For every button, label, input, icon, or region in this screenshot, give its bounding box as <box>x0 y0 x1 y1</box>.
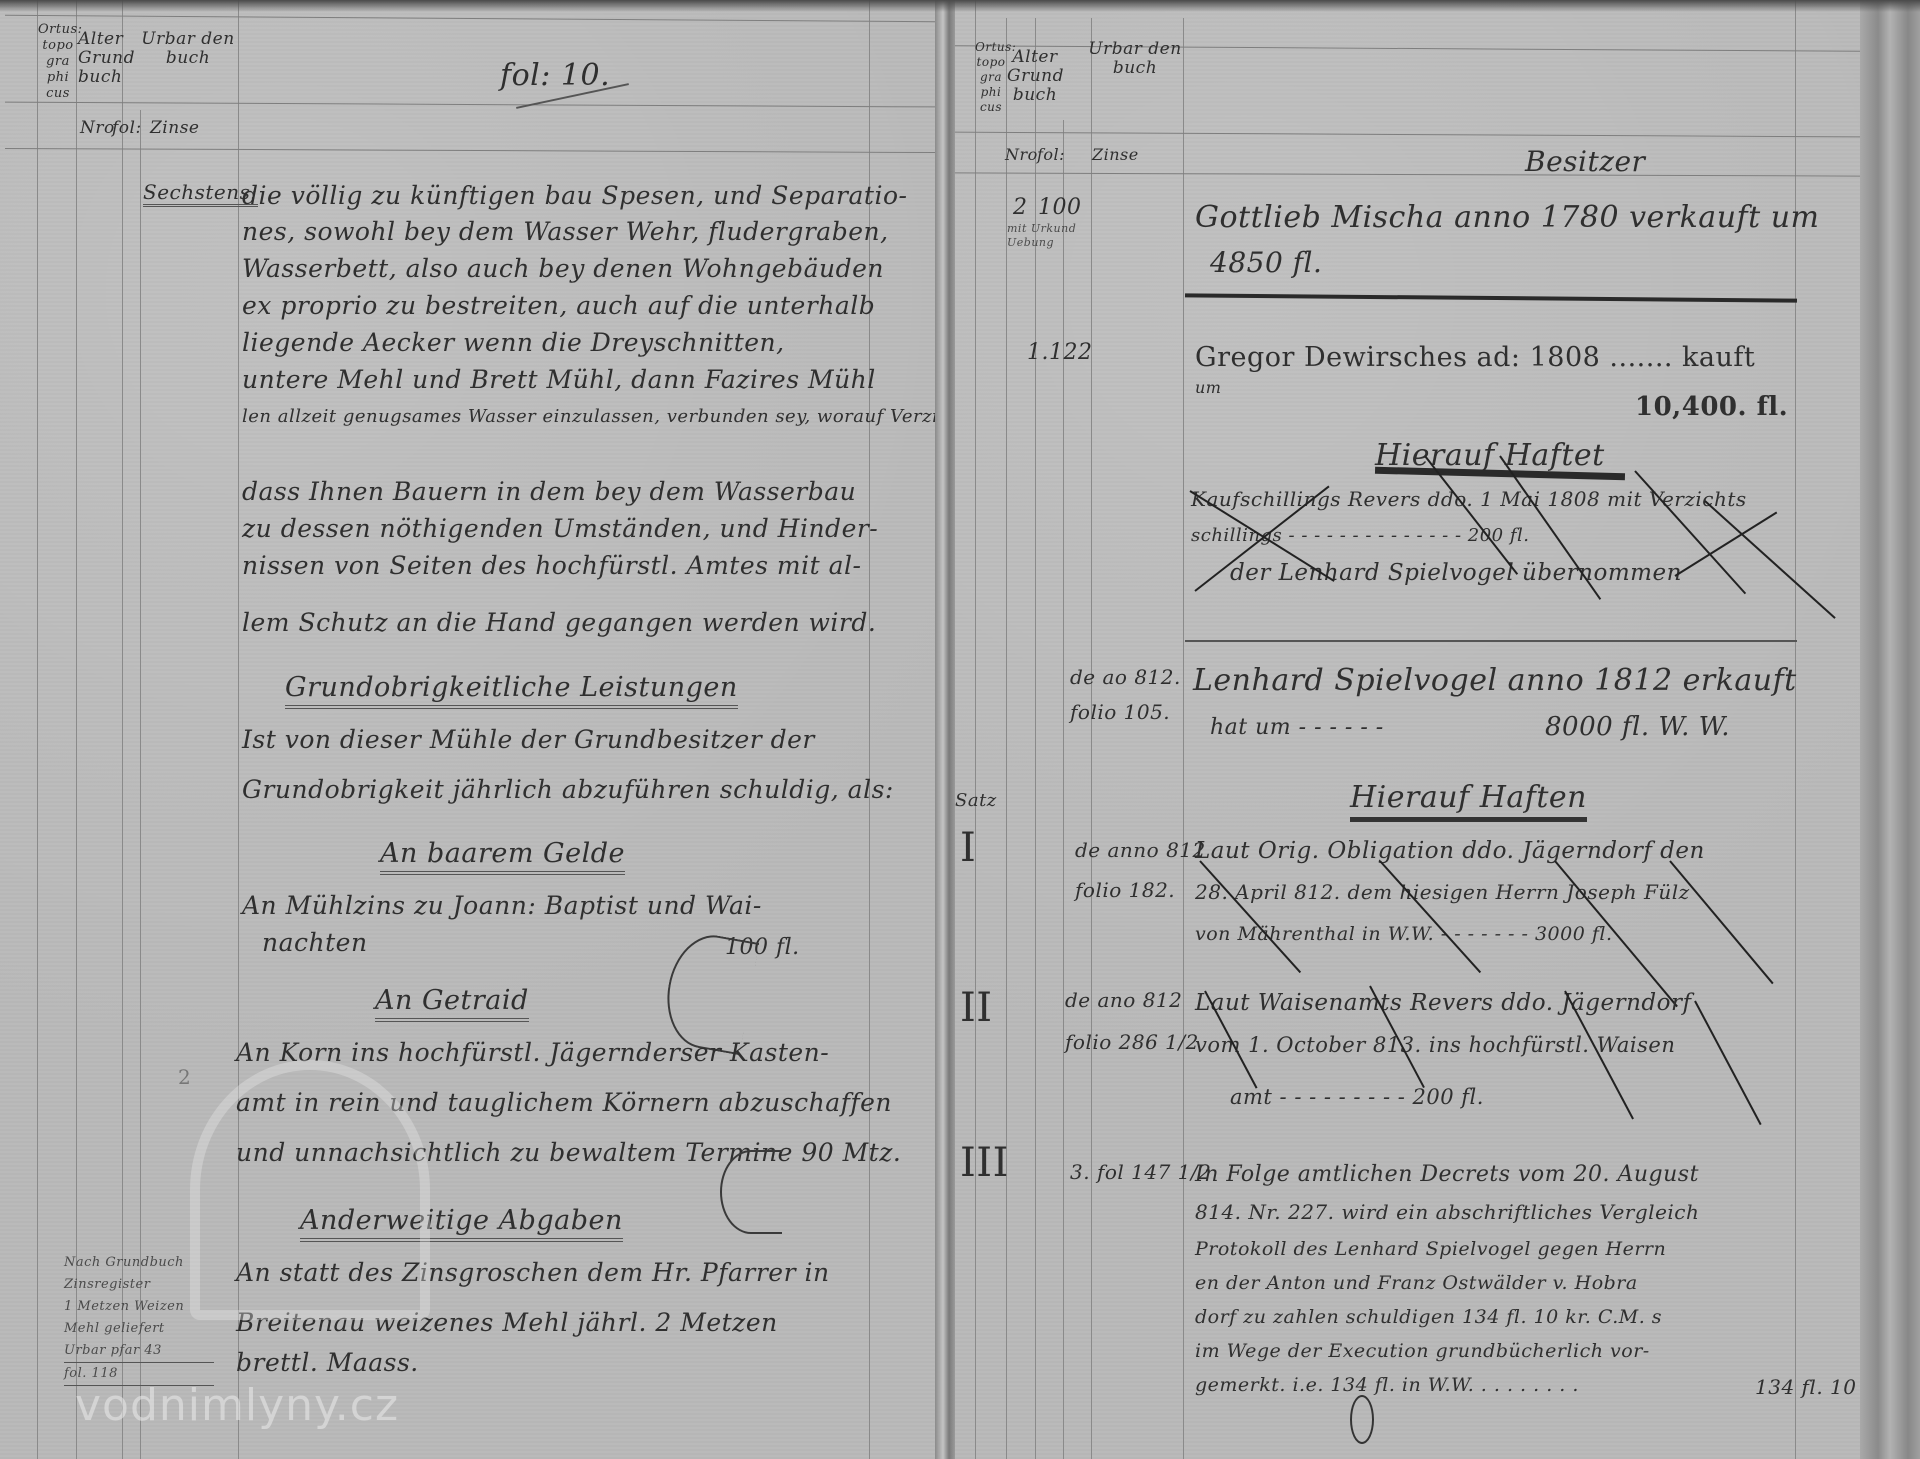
owner-amount: 10,400. fl. <box>1635 392 1788 422</box>
subheader-nro: Nro <box>80 118 115 138</box>
folio-title: fol: 10. <box>500 58 610 93</box>
text-line: nachten <box>262 925 368 961</box>
satz-label: Satz <box>955 790 997 811</box>
subheader-fol: fol: <box>112 118 142 138</box>
header-rule <box>5 102 935 108</box>
owner-line-2: um <box>1195 378 1221 397</box>
header-alter-grundbuch: Alter Grund buch <box>78 30 122 87</box>
left-page: Ortus: topo gra phi cus Alter Grund buch… <box>0 0 935 1459</box>
lien-line: Laut Waisenamts Revers ddo. Jägerndorf <box>1195 990 1691 1016</box>
header-rule <box>5 148 935 153</box>
section-heading-grain: An Getraid <box>375 985 529 1022</box>
text-line: untere Mehl und Brett Mühl, dann Fazires… <box>242 362 876 398</box>
lien-line: im Wege der Execution grundbücherlich vo… <box>1195 1340 1650 1362</box>
header-alter-grundbuch: Alter Grund buch <box>1007 48 1063 105</box>
text-line: ex proprio zu bestreiten, auch auf die u… <box>242 288 875 324</box>
cancelled-line: Kaufschillings Revers ddo. 1 Mai 1808 mi… <box>1191 487 1747 511</box>
section-heading-leistungen: Grundobrigkeitliche Leistungen <box>285 672 738 709</box>
owner-amount: 8000 fl. W. W. <box>1545 712 1730 742</box>
entry-ref-note: mit Urkund Uebung <box>1007 222 1097 250</box>
sechstens-label: Sechstens: <box>143 180 258 207</box>
lien-line: en der Anton und Franz Ostwälder v. Hobr… <box>1195 1272 1638 1294</box>
owner-line: Gregor Dewirsches ad: 1808 ....... kauft <box>1195 340 1755 376</box>
owner-line: Gottlieb Mischa anno 1780 verkauft um <box>1195 200 1819 236</box>
header-topographicus: Ortus: topo gra phi cus <box>38 22 78 102</box>
ref-line: folio 286 1/2 <box>1065 1030 1199 1054</box>
entry-ref-nro: 2 <box>1013 195 1028 220</box>
margin-note-line: Mehl geliefert <box>64 1318 214 1340</box>
ref-line: folio 105. <box>1070 700 1170 724</box>
subheader-nro: Nro <box>1005 145 1038 164</box>
header-rule <box>5 15 935 22</box>
lien-line: dorf zu zahlen schuldigen 134 fl. 10 kr.… <box>1195 1306 1662 1328</box>
subheader-zinse: Zinse <box>150 118 199 138</box>
strike-mark <box>1379 860 1481 973</box>
cancelled-line: der Lenhard Spielvogel übernommen <box>1230 560 1682 586</box>
lien-line: Laut Orig. Obligation ddo. Jägerndorf de… <box>1195 838 1705 864</box>
text-line: liegende Aecker wenn die Dreyschnitten, <box>242 325 785 361</box>
column-rule <box>975 0 976 1459</box>
text-line: die völlig zu künftigen bau Spesen, und … <box>242 178 907 214</box>
lien-number: II <box>960 985 993 1031</box>
header-topographicus: Ortus: topo gra phi cus <box>975 40 1007 115</box>
lien-line: 814. Nr. 227. wird ein abschriftliches V… <box>1195 1200 1699 1224</box>
owner-line: Lenhard Spielvogel anno 1812 erkauft <box>1193 663 1797 699</box>
subheader-fol: fol: <box>1037 145 1065 164</box>
flourish-mark <box>1350 1395 1374 1444</box>
lien-line: gemerkt. i.e. 134 fl. in W.W. . . . . . … <box>1195 1374 1579 1396</box>
page-mark: 2 <box>178 1065 191 1089</box>
text-line: lem Schutz an die Hand gegangen werden w… <box>242 605 876 641</box>
ref-line: 3. fol 147 1/2 <box>1070 1160 1211 1184</box>
owner-line-2: hat um - - - - - - <box>1210 710 1384 746</box>
column-rule <box>1063 120 1064 1459</box>
strike-mark <box>1199 860 1301 973</box>
text-line: Grundobrigkeit jährlich abzuführen schul… <box>242 772 894 808</box>
ref-line: folio 182. <box>1075 878 1175 902</box>
lien-line: vom 1. October 813. ins hochfürstl. Wais… <box>1195 1033 1675 1057</box>
lien-number: I <box>960 825 976 871</box>
ref-line: de anno 812 <box>1075 838 1206 862</box>
section-heading-cash: An baarem Gelde <box>380 838 625 875</box>
owner-amount: 4850 fl. <box>1210 245 1322 281</box>
lien-line: In Folge amtlichen Decrets vom 20. Augus… <box>1195 1162 1699 1187</box>
ref-line: de ao 812. <box>1070 665 1181 689</box>
entry-ref: 1.122 <box>1027 340 1092 365</box>
ref-line: de ano 812 <box>1065 988 1182 1012</box>
column-rule <box>76 0 77 1459</box>
book-page-edges <box>1860 0 1920 1459</box>
text-line: Wasserbett, also auch bey denen Wohngebä… <box>242 251 884 287</box>
text-line: nes, sowohl bey dem Wasser Wehr, fluderg… <box>242 214 889 250</box>
entry-ref-fol: 100 <box>1038 195 1082 220</box>
column-rule <box>37 0 38 1459</box>
header-urbarial-buch: Urbar den buch <box>140 30 236 68</box>
right-page: Ortus: topo gra phi cus Alter Grund buch… <box>955 0 1920 1459</box>
column-rule <box>1183 18 1184 1459</box>
subheader-zinse: Zinse <box>1092 145 1139 164</box>
header-urbarial-buch: Urbar den buch <box>1085 40 1185 78</box>
lien-amount: 134 fl. 10 x <box>1755 1375 1875 1399</box>
text-line: Ist von dieser Mühle der Grundbesitzer d… <box>242 722 815 758</box>
watermark-logo <box>190 1060 430 1320</box>
text-line: An Mühlzins zu Joann: Baptist und Wai- <box>242 888 762 924</box>
lien-line: Protokoll des Lenhard Spielvogel gegen H… <box>1195 1238 1666 1260</box>
column-rule <box>122 0 123 1459</box>
watermark-text: vodnimlyny.cz <box>75 1380 399 1431</box>
cancelled-line: schillings - - - - - - - - - - - - - - 2… <box>1191 525 1529 546</box>
hierauf-haften-heading: Hierauf Haften <box>1350 780 1587 822</box>
flourish-mark <box>720 1150 782 1234</box>
text-line: brettl. Maass. <box>236 1345 419 1381</box>
strike-mark <box>1669 860 1773 984</box>
besitzer-header: Besitzer <box>1525 145 1645 178</box>
margin-note-line: Urbar pfar 43 <box>64 1340 214 1363</box>
strike-mark <box>1704 500 1835 619</box>
strike-mark <box>1694 1001 1761 1126</box>
lien-line: 28. April 812. dem hiesigen Herrn Joseph… <box>1195 880 1690 904</box>
text-line: dass Ihnen Bauern in dem bey dem Wasserb… <box>242 474 856 510</box>
text-line: zu dessen nöthigenden Umständen, und Hin… <box>242 511 878 547</box>
top-shadow <box>0 0 1920 12</box>
text-line: nissen von Seiten des hochfürstl. Amtes … <box>242 548 861 584</box>
lien-line: amt - - - - - - - - - 200 fl. <box>1230 1085 1484 1109</box>
entry-divider <box>1185 640 1797 642</box>
book-gutter <box>935 0 955 1459</box>
lien-number: III <box>960 1140 1009 1186</box>
entry-divider <box>1185 293 1797 302</box>
